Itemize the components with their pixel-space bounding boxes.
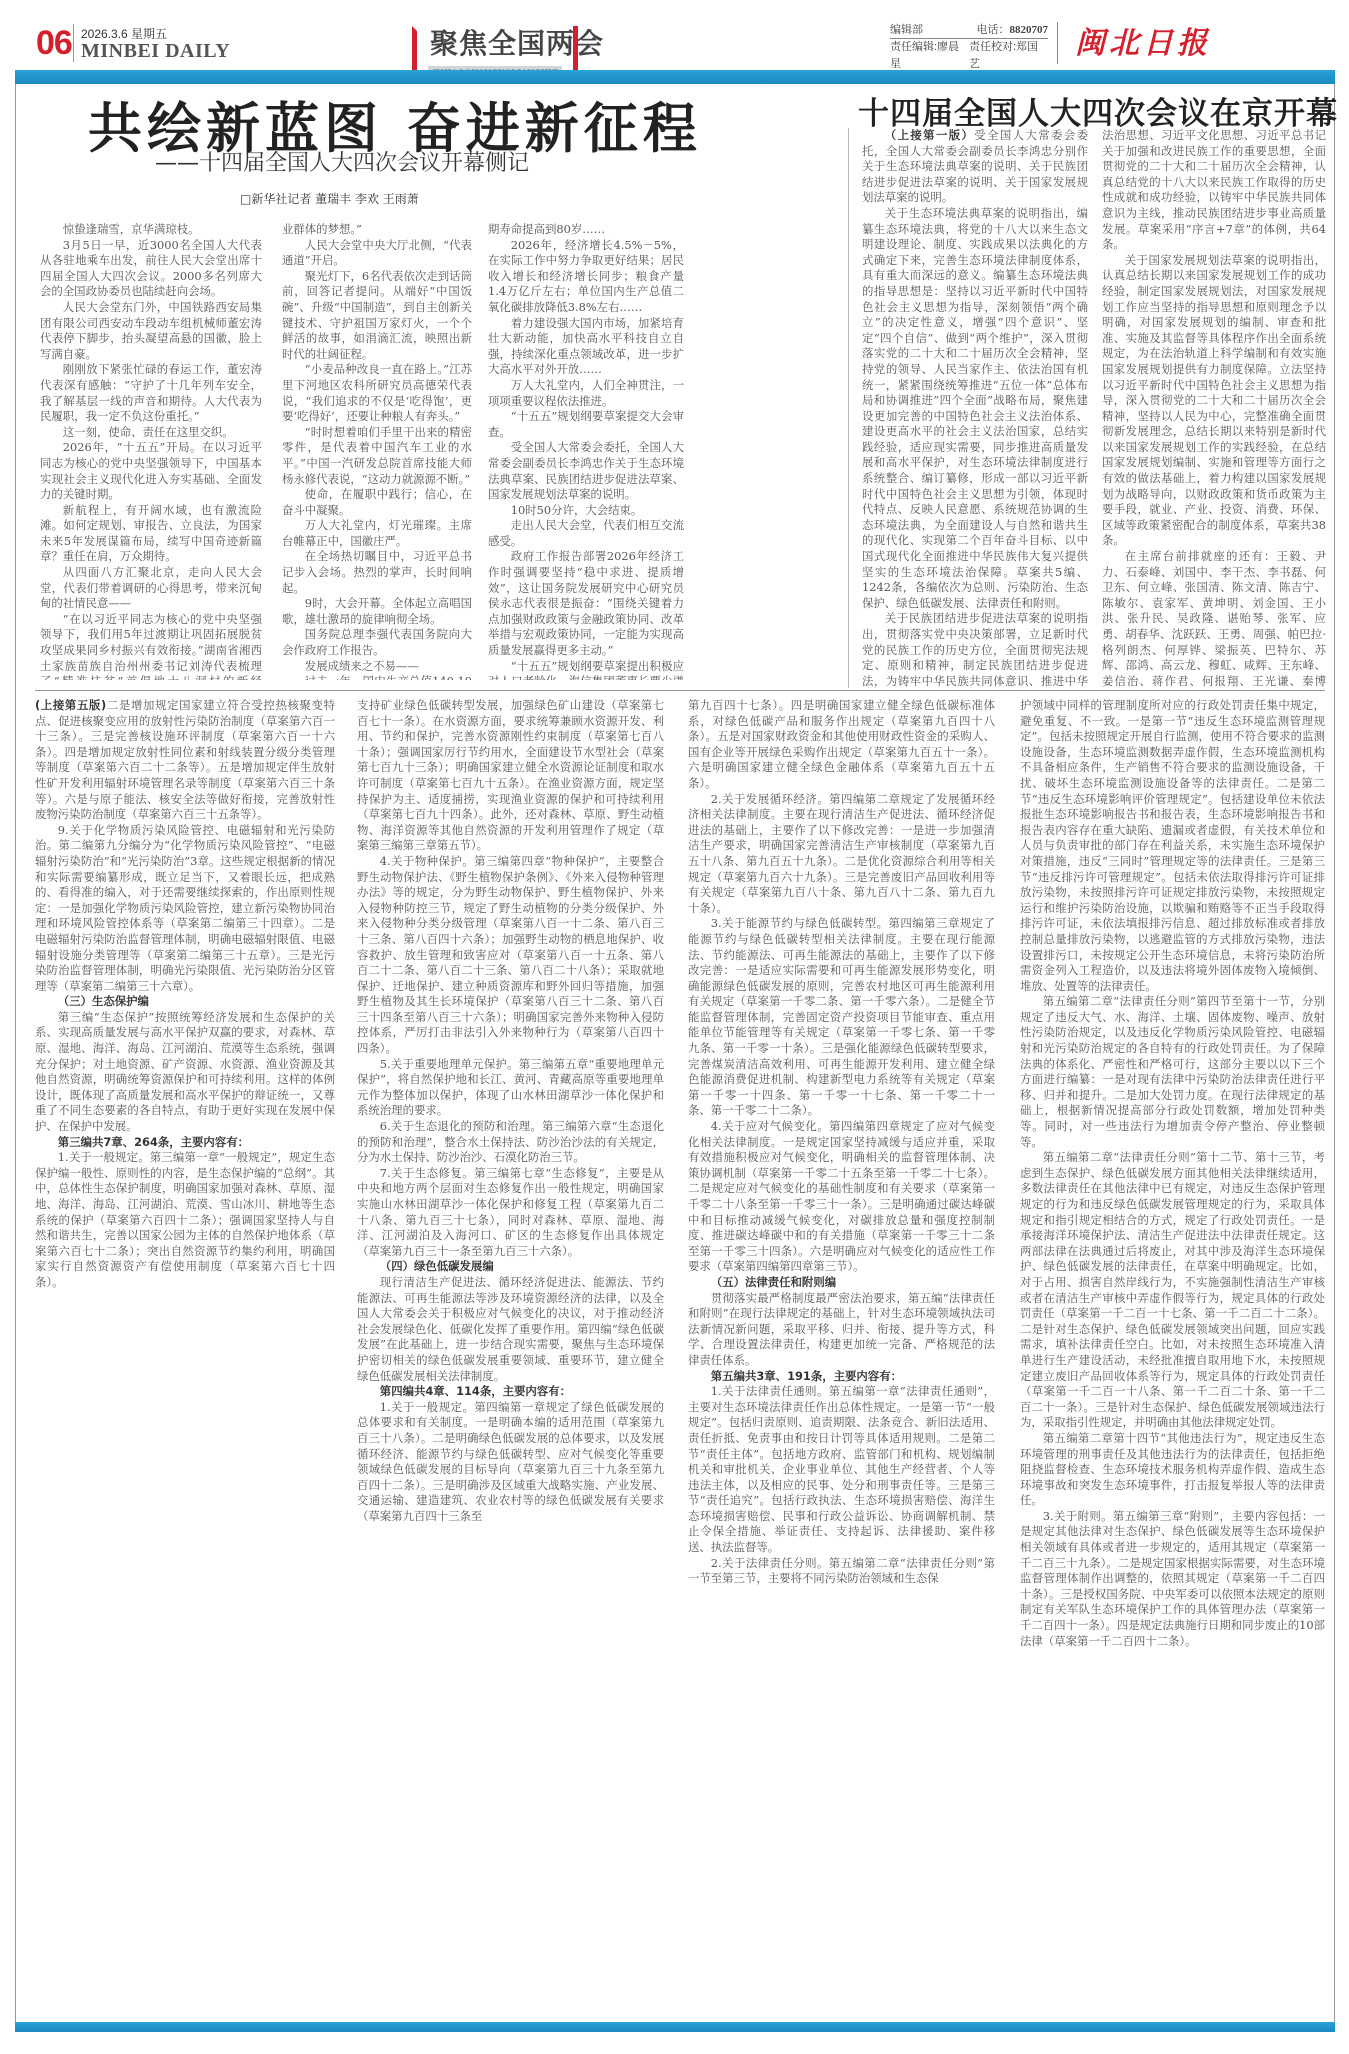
proofreader: 责任校对:郑国艺 [969,39,1048,56]
editorial-info: 编辑部 电话：8820707 责任编辑:廖晨星 责任校对:郑国艺 [890,22,1048,56]
paragraph: 刚刚放下紧张忙碌的春运工作，董宏涛代表深有感触：“守护了十几年列车安全，我了解基… [40,362,262,424]
paragraph: 第五编第二章“法律责任分则”第十二节、第十三节，考虑到生态保护、绿色低碳发展方面… [1020,1150,1325,1431]
paragraph: “在以习近平同志为核心的党中央坚强领导下，我们用5年过渡期让巩固拓展脱贫攻坚成果… [40,612,262,680]
paragraph: 关于民族团结进步促进法草案的说明指出，贯彻落实党中央决策部署，立足新时代党的民族… [862,611,1088,688]
article3-column-3: 第九百四十七条）。四是明确国家建立健全绿色低碳标准体系，对绿色低碳产品和服务作出… [688,698,995,2016]
paragraph: 关于生态环境法典草案的说明指出，编纂生态环境法典，将党的十八大以来生态文明建设理… [862,206,1088,611]
paragraph: 3.关于能源节约与绿色低碳转型。第四编第三章规定了能源节约与绿色低碳转型相关法律… [688,916,995,1119]
article3-column-4: 护领域中同样的管理制度所对应的行政处罚责任集中规定，避免重复、不一致。一是第一节… [1020,698,1325,2016]
paragraph: 7.关于生态修复。第三编第七章“生态修复”，主要是从中央和地方两个层面对生态修复… [357,1166,664,1260]
column-divider [848,128,849,688]
article3-column-1: (上接第五版)二是增加规定国家建立符合受控热核聚变特点、促进核聚变应用的放射性污… [35,698,335,2016]
dept-label: 编辑部 [890,22,923,38]
paragraph: 2.关于发展循环经济。第四编第二章规定了发展循环经济相关法律制度。主要在现行清洁… [688,792,995,917]
phone-label: 电话： [977,24,1010,36]
bottom-blue-bar [15,2022,1335,2032]
article3-column-2: 支持矿业绿色低碳转型发展，加强绿色矿山建设（草案第七百七十一条）。在水资源方面，… [357,698,664,2016]
paragraph: 在全场热切瞩目中，习近平总书记步入会场。热烈的掌声，长时间响起。 [282,549,472,596]
page-number: 06 [36,24,72,63]
paragraph: 现行清洁生产促进法、循环经济促进法、能源法、节约能源法、可再生能源法等涉及环境资… [357,1275,664,1384]
paragraph: 新航程上，有开阔水域，也有激流险滩。如何定规划、审报告、立良法，为国家未来5年发… [40,503,262,565]
lead-paragraph: (上接第五版)二是增加规定国家建立符合受控热核聚变特点、促进核聚变应用的放射性污… [35,698,335,823]
subheading: （四）绿色低碳发展编 [357,1259,664,1275]
masthead-divider [73,24,74,62]
paragraph: 2026年，“十五五”开局。在以习近平同志为核心的党中央坚强领导下，中国基本实现… [40,440,262,502]
subheading: 第四编共4章、114条，主要内容有： [357,1384,664,1400]
paragraph: 3月5日一早，近3000名全国人大代表从各驻地乘车出发，前往人民大会堂出席十四届… [40,238,262,300]
paragraph: 人民大会堂中央大厅北侧，“代表通道”开启。 [282,238,472,269]
paragraph: 3.关于附则。第五编第三章“附则”，主要内容包括：一是规定其他法律对生态保护、绿… [1020,1509,1325,1649]
paragraph: 政府工作报告部署2026年经济工作时强调要坚持“稳中求进、提质增效”，这让国务院… [488,549,684,658]
phone-number: 8820707 [1010,24,1049,36]
paragraph: 2026年，经济增长4.5%－5%，在实际工作中努力争取更好结果；居民收入增长和… [488,238,684,316]
lead-paragraph: （上接第一版）受全国人大常委会委托，全国人大常委会副委员长李鸿忠分别作关于生态环… [862,128,1088,206]
paragraph: 第三编“生态保护”按照统筹经济发展和生态保护的关系、实现高质量发展与高水平保护双… [35,1010,335,1135]
article2-column-1: （上接第一版）受全国人大常委会委托，全国人大常委会副委员长李鸿忠分别作关于生态环… [862,128,1088,688]
paragraph: 第五编第二章第十四节“其他违法行为”，规定违反生态环境管理的刑事责任及其他违法行… [1020,1431,1325,1509]
paragraph: 国务院总理李强代表国务院向大会作政府工作报告。 [282,627,472,658]
section-divider [35,690,1325,691]
paragraph: 聚光灯下，6名代表依次走到话筒前，回答记者提问。从端好“中国饭碗”、升级“中国制… [282,269,472,363]
paragraph: 从四面八方汇聚北京，走向人民大会堂，代表们带着调研的心得思考，带来沉甸甸的社情民… [40,565,262,612]
paragraph: 1.关于一般规定。第四编第一章规定了绿色低碳发展的总体要求和有关制度。一是明确本… [357,1400,664,1525]
paragraph: 业群体的梦想。” [282,222,472,238]
paragraph: 1.关于法律责任通则。第五编第一章“法律责任通则”，主要对生态环境法律责任作出总… [688,1384,995,1556]
subheading: 第五编共3章、191条，主要内容有： [688,1369,995,1385]
paper-english-name: MINBEI DAILY [81,40,230,63]
paragraph: 护领域中同样的管理制度所对应的行政处罚责任集中规定，避免重复、不一致。一是第一节… [1020,698,1325,994]
paragraph: 使命，在履职中践行；信心，在奋斗中凝聚。 [282,487,472,518]
paragraph: 4.关于物种保护。第三编第四章“物种保护”，主要整合野生动物保护法、《野生植物保… [357,854,664,1057]
paragraph: 贯彻落实最严格制度最严密法治要求，第五编“法律责任和附则”在现行法律规定的基础上… [688,1291,995,1369]
paragraph: 万人大礼堂内，人们全神贯注，一项项重要议程依法推进。 [488,378,684,409]
article1-column-3: 期寿命提高到80岁……2026年，经济增长4.5%－5%，在实际工作中努力争取更… [488,222,684,680]
top-blue-bar [15,70,1335,84]
paragraph: 人民大会堂东门外，中国铁路西安局集团有限公司西安动车段动车组机械师董宏涛代表停下… [40,300,262,362]
phone-info: 电话：8820707 [977,22,1049,38]
paragraph: 支持矿业绿色低碳转型发展，加强绿色矿山建设（草案第七百七十一条）。在水资源方面，… [357,698,664,854]
editor: 责任编辑:廖晨星 [890,39,969,56]
paragraph: 走出人民大会堂，代表们相互交流感受。 [488,518,684,549]
paragraph: “时时想着咱们手里干出来的精密零件，是代表着中国汽车工业的水平。”中国一汽研发总… [282,425,472,487]
paragraph: “小麦品种改良一直在路上。”江苏里下河地区农科所研究员高德荣代表说，“我们追求的… [282,362,472,424]
paragraph: 2.关于法律责任分则。第五编第二章“法律责任分则”第一节至第三节，主要将不同污染… [688,1556,995,1587]
paragraph: 受全国人大常委会委托，全国人大常委会副委员长李鸿忠作关于生态环境法典草案、民族团… [488,440,684,502]
paragraph: 在主席台前排就座的还有：王毅、尹力、石泰峰、刘国中、李干杰、李书磊、何卫东、何立… [1102,549,1326,688]
paragraph: 6.关于生态退化的预防和治理。第三编第六章“生态退化的预防和治理”，整合水土保持… [357,1119,664,1166]
paragraph: 第九百四十七条）。四是明确国家建立健全绿色低碳标准体系，对绿色低碳产品和服务作出… [688,698,995,792]
paragraph: “十五五”规划纲要草案提出积极应对人口老龄化。海信集团董事长贾少谦代表深有感触：… [488,659,684,680]
paragraph: 期寿命提高到80岁…… [488,222,684,238]
article1-subheadline: ——十四届全国人大四次会议开幕侧记 [155,146,529,177]
paragraph: 法治思想、习近平文化思想、习近平总书记关于加强和改进民族工作的重要思想，全面贯彻… [1102,128,1326,253]
paragraph: 第五编第二章“法律责任分则”第四节至第十一节，分别规定了违反大气、水、海洋、土壤… [1020,994,1325,1150]
article2-column-2: 法治思想、习近平文化思想、习近平总书记关于加强和改进民族工作的重要思想，全面贯彻… [1102,128,1326,688]
paragraph: 这一刻，使命、责任在这里交织。 [40,425,262,441]
paragraph: 过去一年，国内生产总值140.19万亿元，城镇新增就业1267万人，粮食产量1.… [282,674,472,680]
paragraph: 惊蛰逢瑞雪，京华满琼枝。 [40,222,262,238]
paragraph: “十五五”规划纲要草案提交大会审查。 [488,409,684,440]
continuation-marker: （上接第一版） [885,128,975,142]
paragraph: 9时，大会开幕。全体起立高唱国歌，雄壮激昂的旋律响彻全场。 [282,596,472,627]
article1-column-1: 惊蛰逢瑞雪，京华满琼枝。3月5日一早，近3000名全国人大代表从各驻地乘车出发，… [40,222,262,680]
paragraph: 万人大礼堂内，灯光璀璨。主席台帷幕正中，国徽庄严。 [282,518,472,549]
paragraph: 1.关于一般规定。第三编第一章“一般规定”，规定生态保护编一般性、原则性的内容，… [35,1150,335,1290]
paragraph: 着力建设强大国内市场，加紧培育壮大新动能，加快高水平科技自立自强，持续深化重点领… [488,316,684,378]
paragraph: 4.关于应对气候变化。第四编第四章规定了应对气候变化相关法律制度。一是规定国家坚… [688,1119,995,1275]
newspaper-logo: 闽北日报 [1075,18,1211,62]
paragraph-text: 二是增加规定国家建立符合受控热核聚变特点、促进核聚变应用的放射性污染防治制度（草… [35,698,335,821]
paragraph: 发展成绩来之不易—— [282,659,472,675]
paragraph: 关于国家发展规划法草案的说明指出，认真总结长期以来国家发展规划工作的成功经验，制… [1102,253,1326,549]
article1-column-2: 业群体的梦想。”人民大会堂中央大厅北侧，“代表通道”开启。聚光灯下，6名代表依次… [282,222,472,680]
continuation-marker: (上接第五版) [35,698,106,712]
masthead: 06 2026.3.6 星期五 MINBEI DAILY 聚焦全国两会 JUJI… [0,0,1349,60]
paragraph: 9.关于化学物质污染风险管控、电磁辐射和光污染防治。第二编第九分编分为“化学物质… [35,823,335,995]
subheading: 第三编共7章、264条，主要内容有： [35,1135,335,1151]
paragraph: 5.关于重要地理单元保护。第三编第五章“重要地理单元保护”，将自然保护地和长江、… [357,1057,664,1119]
subheading: （五）法律责任和附则编 [688,1275,995,1291]
masthead-divider-right [1057,22,1058,64]
article1-byline: □新华社记者 董瑞丰 李欢 王雨萧 [240,190,419,207]
subheading: （三）生态保护编 [35,994,335,1010]
paragraph: 10时50分许，大会结束。 [488,503,684,519]
article2-headline: 十四届全国人大四次会议在京开幕 [858,88,1338,133]
